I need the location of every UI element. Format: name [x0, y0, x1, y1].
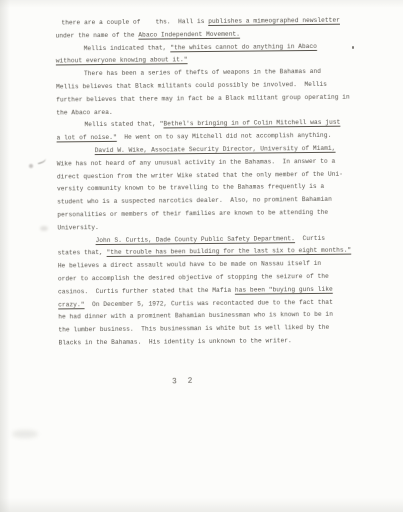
ink-smudge [36, 157, 46, 165]
text-segment: versity community known to be travelling… [57, 183, 324, 193]
document-text: there are a couple of ths. Hall is publi… [55, 15, 358, 351]
text-segment: Blacks in the Bahamas. His identity is u… [59, 337, 292, 346]
text-segment: Mellis indicated that, [84, 44, 171, 52]
text-segment: Mellis believes that Black militants cou… [56, 81, 327, 91]
page-edge-shadow-left [0, 0, 10, 512]
text-segment: University. [57, 224, 98, 231]
underlined-text: has been "buying guns like [235, 286, 333, 294]
text-line: Blacks in the Bahamas. His identity is u… [58, 334, 358, 350]
text-segment: He went on to say Mitchell did not accom… [117, 132, 332, 141]
scanned-document-page: there are a couple of ths. Hall is publi… [0, 0, 403, 512]
text-segment: Wike has not heard of any unusual activi… [57, 158, 336, 168]
text-segment: the Abaco area. [56, 108, 113, 116]
underlined-text: without everyone knowing about it." [56, 57, 188, 65]
text-segment: he had dinner with a prominent Bahamian … [58, 311, 333, 321]
underlined-text: Bethel's bringing in of Colin Mitchell w… [163, 119, 340, 128]
text-segment: student who is a suspected narcotics dea… [57, 196, 332, 206]
ink-dot [29, 164, 33, 168]
text-segment: states that, [58, 249, 107, 256]
underlined-text: crazy." [58, 301, 84, 308]
underlined-text: a lot of noise." [57, 134, 117, 142]
text-segment: there are a couple of ths. Hall is [61, 18, 208, 26]
text-segment: personalities or members of their famili… [57, 209, 328, 219]
text-segment: direct question from the writer Wike sta… [57, 170, 343, 180]
scan-smear [40, 226, 48, 231]
page-number: 3 2 [172, 377, 196, 387]
text-segment: Mellis stated that, " [84, 121, 163, 129]
text-segment: Curtis [295, 234, 325, 241]
text-segment: casinos. Curtis further stated that the … [58, 286, 235, 295]
underlined-text: "the trouble has been building for the l… [107, 247, 352, 256]
text-segment: the lumber business. This businessman is… [58, 324, 329, 334]
text-segment: further believes that there may in fact … [56, 93, 350, 103]
scan-smear [12, 430, 38, 438]
text-segment: He believes a direct assault would have … [58, 260, 321, 270]
text-segment: order to accomplish the desired objectiv… [58, 273, 329, 283]
page-edge-shadow-bottom [0, 498, 403, 512]
text-segment: There has been a series of thefts of wea… [84, 68, 321, 77]
underlined-text: "the whites cannot do anything in Abaco [170, 43, 317, 51]
underlined-text: David W. Wike, Associate Security Direct… [95, 145, 336, 154]
underlined-text: publishes a mimeographed newsletter [208, 17, 340, 25]
underlined-text: Abaco Independent Movement. [138, 30, 240, 38]
text-segment: On December 5, 1972, Curtis was recontac… [84, 298, 332, 307]
page-edge-shadow-top [0, 0, 403, 8]
underlined-text: John S. Curtis, Dade County Public Safet… [96, 235, 296, 244]
text-segment: under the name of the [56, 31, 139, 39]
